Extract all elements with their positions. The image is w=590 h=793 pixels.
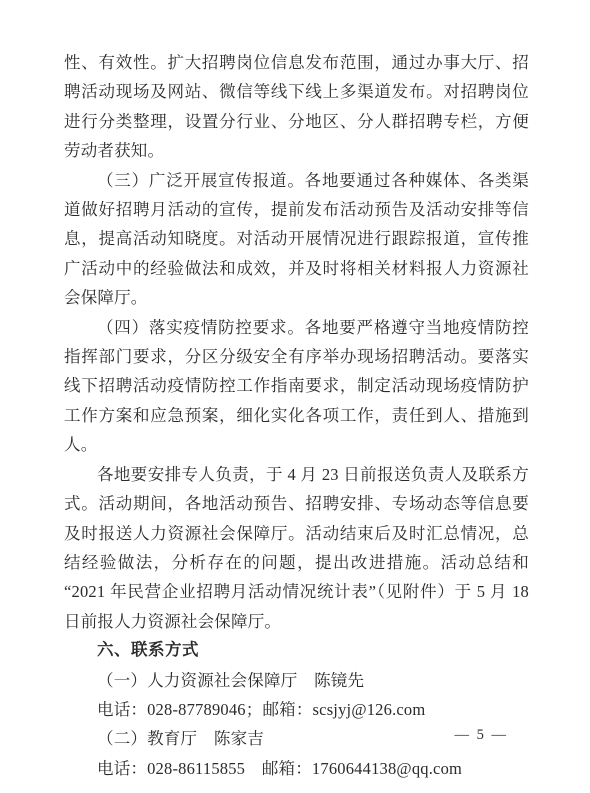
paragraph: 电话：028-86115855 邮箱：1760644138@qq.com [64,754,529,783]
paragraph: 性、有效性。扩大招聘岗位信息发布范围，通过办事大厅、招聘活动现场及网站、微信等线… [64,48,529,166]
page-number: — 5 — [0,727,508,744]
paragraph: （一）人力资源社会保障厅 陈镜先 [64,666,529,695]
document-body: 性、有效性。扩大招聘岗位信息发布范围，通过办事大厅、招聘活动现场及网站、微信等线… [64,48,529,783]
document-page: 性、有效性。扩大招聘岗位信息发布范围，通过办事大厅、招聘活动现场及网站、微信等线… [0,0,590,793]
paragraph: （四）落实疫情防控要求。各地要严格遵守当地疫情防控指挥部门要求，分区分级安全有序… [64,313,529,460]
paragraph: （三）广泛开展宣传报道。各地要通过各种媒体、各类渠道做好招聘月活动的宣传，提前发… [64,166,529,313]
section-heading: 六、联系方式 [64,636,529,665]
paragraph: 电话：028-87789046；邮箱：scsjyj@126.com [64,695,529,724]
paragraph: 各地要安排专人负责，于 4 月 23 日前报送负责人及联系方式。活动期间，各地活… [64,460,529,636]
